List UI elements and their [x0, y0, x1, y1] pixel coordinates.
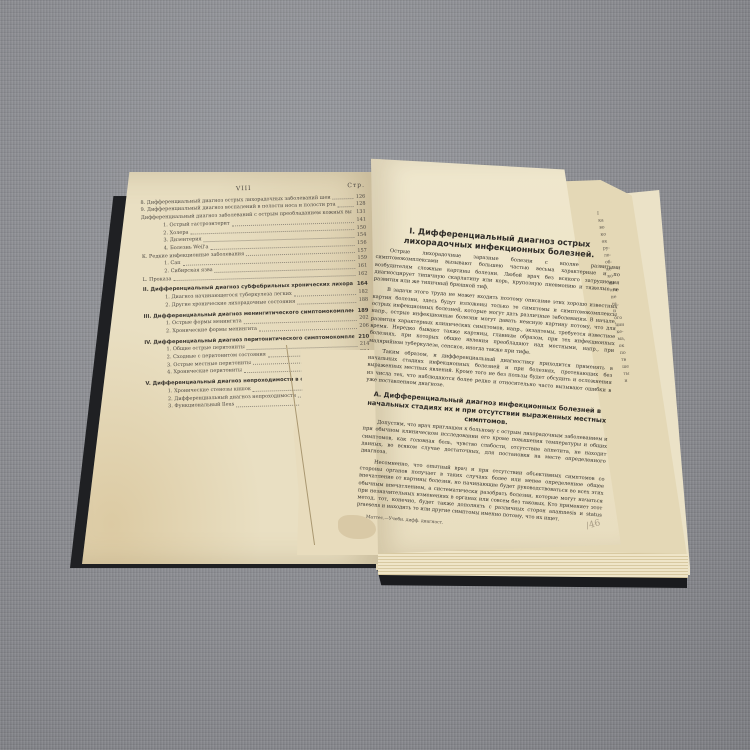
- toc-entry-title: 2. Хронические формы менингита: [166, 326, 257, 336]
- toc-leader-dots: [333, 194, 354, 200]
- toc-entry-title: 4. Хронические перитониты: [167, 368, 242, 378]
- toc-entry-page: 162: [358, 270, 368, 278]
- toc-leader-dots: [297, 297, 357, 304]
- page-label: Стр.: [347, 182, 365, 190]
- chapter-paragraphs: Острые лихорадочные заразные болезни с в…: [366, 247, 621, 402]
- toc-leader-dots: [338, 201, 355, 207]
- toc-leader-dots: [294, 289, 357, 296]
- toc-entry-page: 188: [359, 297, 369, 305]
- right-page-text: I. Дифференциальный диагноз острых лихор…: [356, 224, 622, 537]
- toc-entry-page: 206: [359, 323, 369, 331]
- page-number-roman: VIII: [236, 185, 252, 192]
- toc-entry-title: L. Проказа: [142, 276, 171, 285]
- section-paragraphs: Допустим, что врач приглашен к больному …: [357, 419, 608, 528]
- photo-scene: Iкавокоакру-ло-об-кекоци-огоиень,иогоции…: [0, 0, 750, 750]
